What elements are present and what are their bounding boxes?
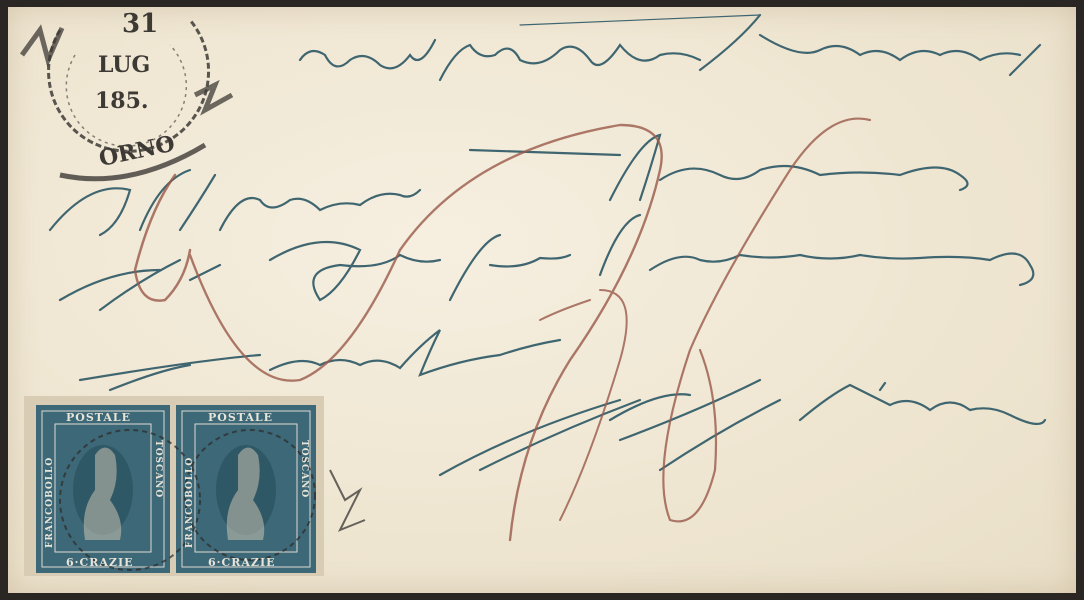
postmark-day: 31	[122, 9, 158, 39]
stamp-2-top-label: POSTALE	[208, 411, 273, 424]
postmark-year: 185.	[95, 88, 149, 114]
stamp-1-value: 6·CRAZIE	[66, 556, 133, 569]
stamp-2-value: 6·CRAZIE	[208, 556, 275, 569]
stamp-2-right-label: TOSCANO	[299, 440, 309, 498]
cover-artwork: 31 LUG 185. ORNO	[0, 0, 1084, 600]
stamp-1-top-label: POSTALE	[66, 411, 131, 424]
stamp-2-left-label: FRANCOBOLLO	[185, 457, 195, 548]
stamp-1	[36, 405, 170, 573]
stamp-1-left-label: FRANCOBOLLO	[45, 457, 55, 548]
postmark-month: LUG	[98, 52, 150, 78]
stamp-1-right-label: TOSCANO	[153, 440, 163, 498]
